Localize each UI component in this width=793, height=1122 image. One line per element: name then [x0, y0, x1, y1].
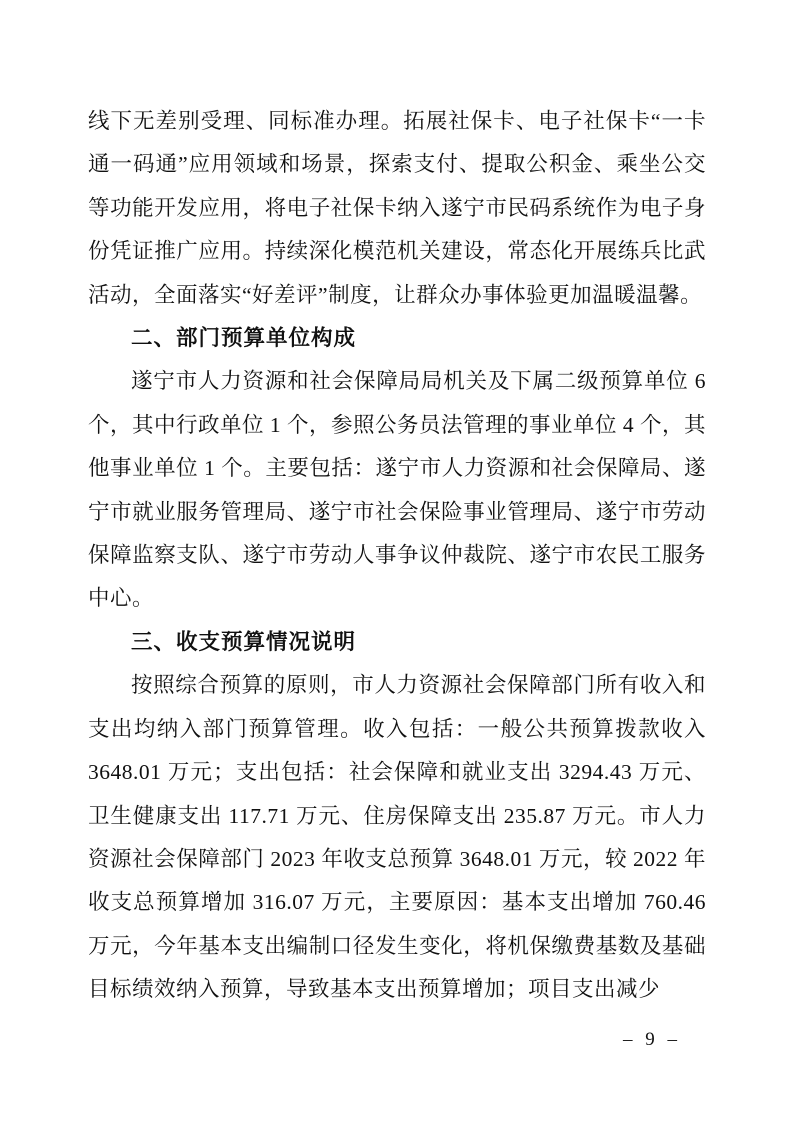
- document-page: 线下无差别受理、同标准办理。拓展社保卡、电子社保卡“一卡通一码通”应用领域和场景…: [0, 0, 793, 1122]
- document-body: 线下无差别受理、同标准办理。拓展社保卡、电子社保卡“一卡通一码通”应用领域和场景…: [88, 100, 706, 1012]
- body-paragraph-budget-units: 遂宁市人力资源和社会保障局局机关及下属二级预算单位 6 个，其中行政单位 1 个…: [88, 360, 706, 620]
- page-number: – 9 –: [623, 1026, 681, 1054]
- body-paragraph-budget-explanation: 按照综合预算的原则，市人力资源社会保障部门所有收入和支出均纳入部门预算管理。收入…: [88, 664, 706, 1011]
- body-paragraph-continuation: 线下无差别受理、同标准办理。拓展社保卡、电子社保卡“一卡通一码通”应用领域和场景…: [88, 100, 706, 317]
- section-heading-2: 二、部门预算单位构成: [88, 317, 706, 360]
- section-heading-3: 三、收支预算情况说明: [88, 621, 706, 664]
